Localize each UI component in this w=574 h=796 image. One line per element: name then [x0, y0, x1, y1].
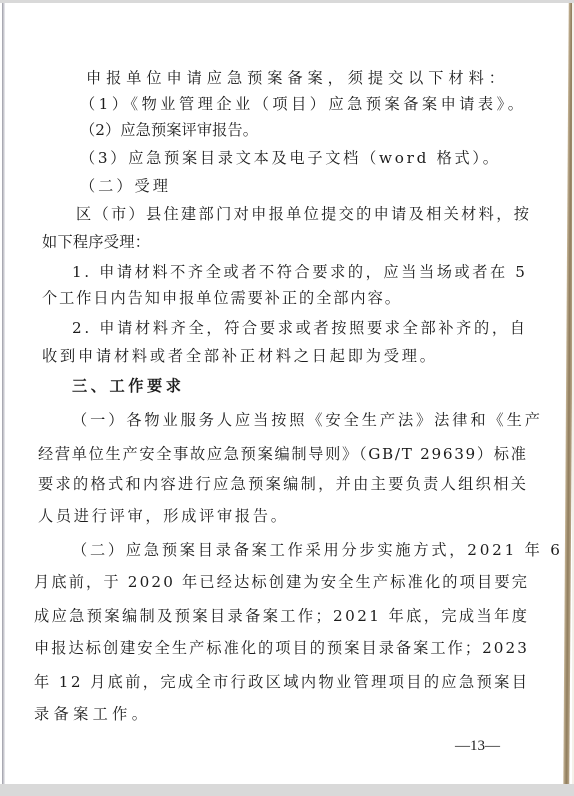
text-line: 申报单位申请应急预案备案，须提交以下材料： — [86, 68, 509, 88]
text-line: 收到申请材料或者全部补正材料之日起即为受理。 — [42, 346, 438, 366]
page-left-edge — [2, 3, 5, 784]
text-line: 要求的格式和内容进行应急预案编制，并由主要负责人组织相关 — [38, 474, 528, 494]
page-number: —13— — [455, 738, 500, 755]
section-heading: 三、工作要求 — [72, 376, 185, 396]
text-line: 如下程序受理： — [42, 232, 150, 252]
text-line: 成应急预案编制及预案目录备案工作；2021 年底，完成当年度 — [34, 606, 529, 626]
text-line: （2）应急预案评审报告。 — [80, 120, 258, 140]
text-line: 1. 申请材料不齐全或者不符合要求的，应当当场或者在 5 — [72, 262, 527, 282]
text-line: 经营单位生产安全事故应急预案编制导则》（GB/T 29639）标准 — [38, 444, 528, 464]
text-line: （二）受理 — [80, 176, 171, 196]
text-line: （3）应急预案目录文本及电子文档（word 格式）。 — [80, 148, 501, 168]
text-line: （二）应急预案目录备案工作采用分步实施方式，2021 年 6 — [72, 540, 563, 560]
text-line: 人员进行评审，形成评审报告。 — [38, 506, 289, 526]
text-line: 年 12 月底前，完成全市行政区域内物业管理项目的应急预案目 — [34, 672, 529, 692]
text-line: 申报达标创建安全生产标准化的项目的预案目录备案工作；2023 — [34, 638, 529, 658]
text-line: 月底前，于 2020 年已经达标创建为安全生产标准化的项目要完 — [34, 572, 529, 592]
text-line: 2. 申请材料齐全，符合要求或者按照要求全部补齐的，自 — [72, 318, 528, 338]
text-line: 区（市）县住建部门对申报单位提交的申请及相关材料，按 — [76, 204, 531, 224]
text-line: 个工作日内告知申报单位需要补正的全部内容。 — [42, 288, 402, 308]
text-line: （一）各物业服务人应当按照《安全生产法》法律和《生产 — [72, 410, 543, 430]
text-line: 录备案工作。 — [34, 704, 151, 724]
text-line: （1）《物业管理企业（项目）应急预案备案申请表》。 — [80, 94, 526, 114]
